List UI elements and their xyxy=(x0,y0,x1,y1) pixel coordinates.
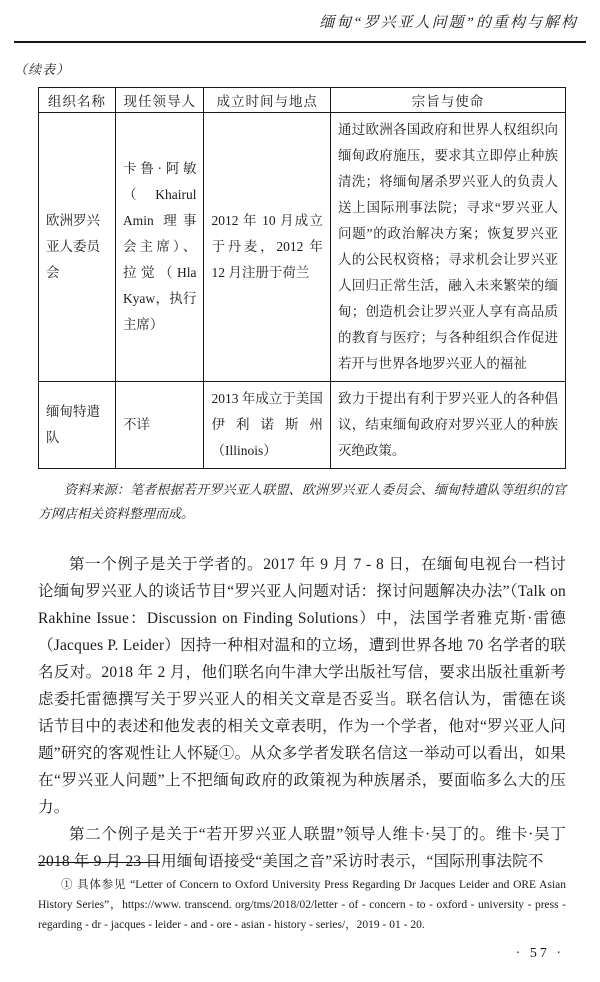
body-paragraph-1: 第一个例子是关于学者的。2017 年 9 月 7 - 8 日，在缅甸电视台一档讨… xyxy=(38,551,566,821)
mission-cell: 通过欧洲各国政府和世界人权组织向缅甸政府施压，要求其立即停止种族清洗；将缅甸屠杀… xyxy=(330,113,565,382)
column-header-founded-time-place: 成立时间与地点 xyxy=(204,88,330,113)
table-source-note: 资料来源：笔者根据若开罗兴亚人联盟、欧洲罗兴亚人委员会、缅甸特遣队等组织的官方网… xyxy=(38,478,566,526)
organizations-table: 组织名称 现任领导人 成立时间与地点 宗旨与使命 欧洲罗兴亚人委员会 卡鲁·阿敏… xyxy=(38,87,566,469)
column-header-org-name: 组织名称 xyxy=(39,88,116,113)
founded-cell: 2013 年成立于美国伊利诺斯州（Illinois） xyxy=(204,382,330,469)
table-row: 缅甸特遣队 不详 2013 年成立于美国伊利诺斯州（Illinois） 致力于提… xyxy=(39,382,566,469)
document-page: 缅甸“罗兴亚人问题”的重构与解构 （续表） 组织名称 现任领导人 成立时间与地点… xyxy=(0,0,600,982)
founded-cell: 2012 年 10 月成立于丹麦，2012 年 12 月注册于荷兰 xyxy=(204,113,330,382)
running-header-title: 缅甸“罗兴亚人问题”的重构与解构 xyxy=(14,13,586,33)
org-name-cell: 欧洲罗兴亚人委员会 xyxy=(39,113,116,382)
column-header-current-leader: 现任领导人 xyxy=(115,88,204,113)
page-header: 缅甸“罗兴亚人问题”的重构与解构 xyxy=(0,0,600,43)
column-header-mission: 宗旨与使命 xyxy=(330,88,565,113)
org-name-cell: 缅甸特遣队 xyxy=(39,382,116,469)
table-header-row: 组织名称 现任领导人 成立时间与地点 宗旨与使命 xyxy=(39,88,566,113)
leader-cell: 卡鲁·阿敏（Khairul Amin 理事会主席）、拉觉（Hla Kyaw，执行… xyxy=(115,113,204,382)
page-number: · 57 · xyxy=(516,946,564,962)
mission-cell: 致力于提出有利于罗兴亚人的各种倡议，结束缅甸政府对罗兴亚人的种族灭绝政策。 xyxy=(330,382,565,469)
footnote-section: ① 具体参见 “Letter of Concern to Oxford Univ… xyxy=(38,862,566,935)
leader-cell: 不详 xyxy=(115,382,204,469)
footnote-text: ① 具体参见 “Letter of Concern to Oxford Univ… xyxy=(38,875,566,935)
header-rule xyxy=(14,41,586,43)
footnote-divider xyxy=(38,862,160,863)
table-row: 欧洲罗兴亚人委员会 卡鲁·阿敏（Khairul Amin 理事会主席）、拉觉（H… xyxy=(39,113,566,382)
table-continued-label: （续表） xyxy=(14,59,600,78)
